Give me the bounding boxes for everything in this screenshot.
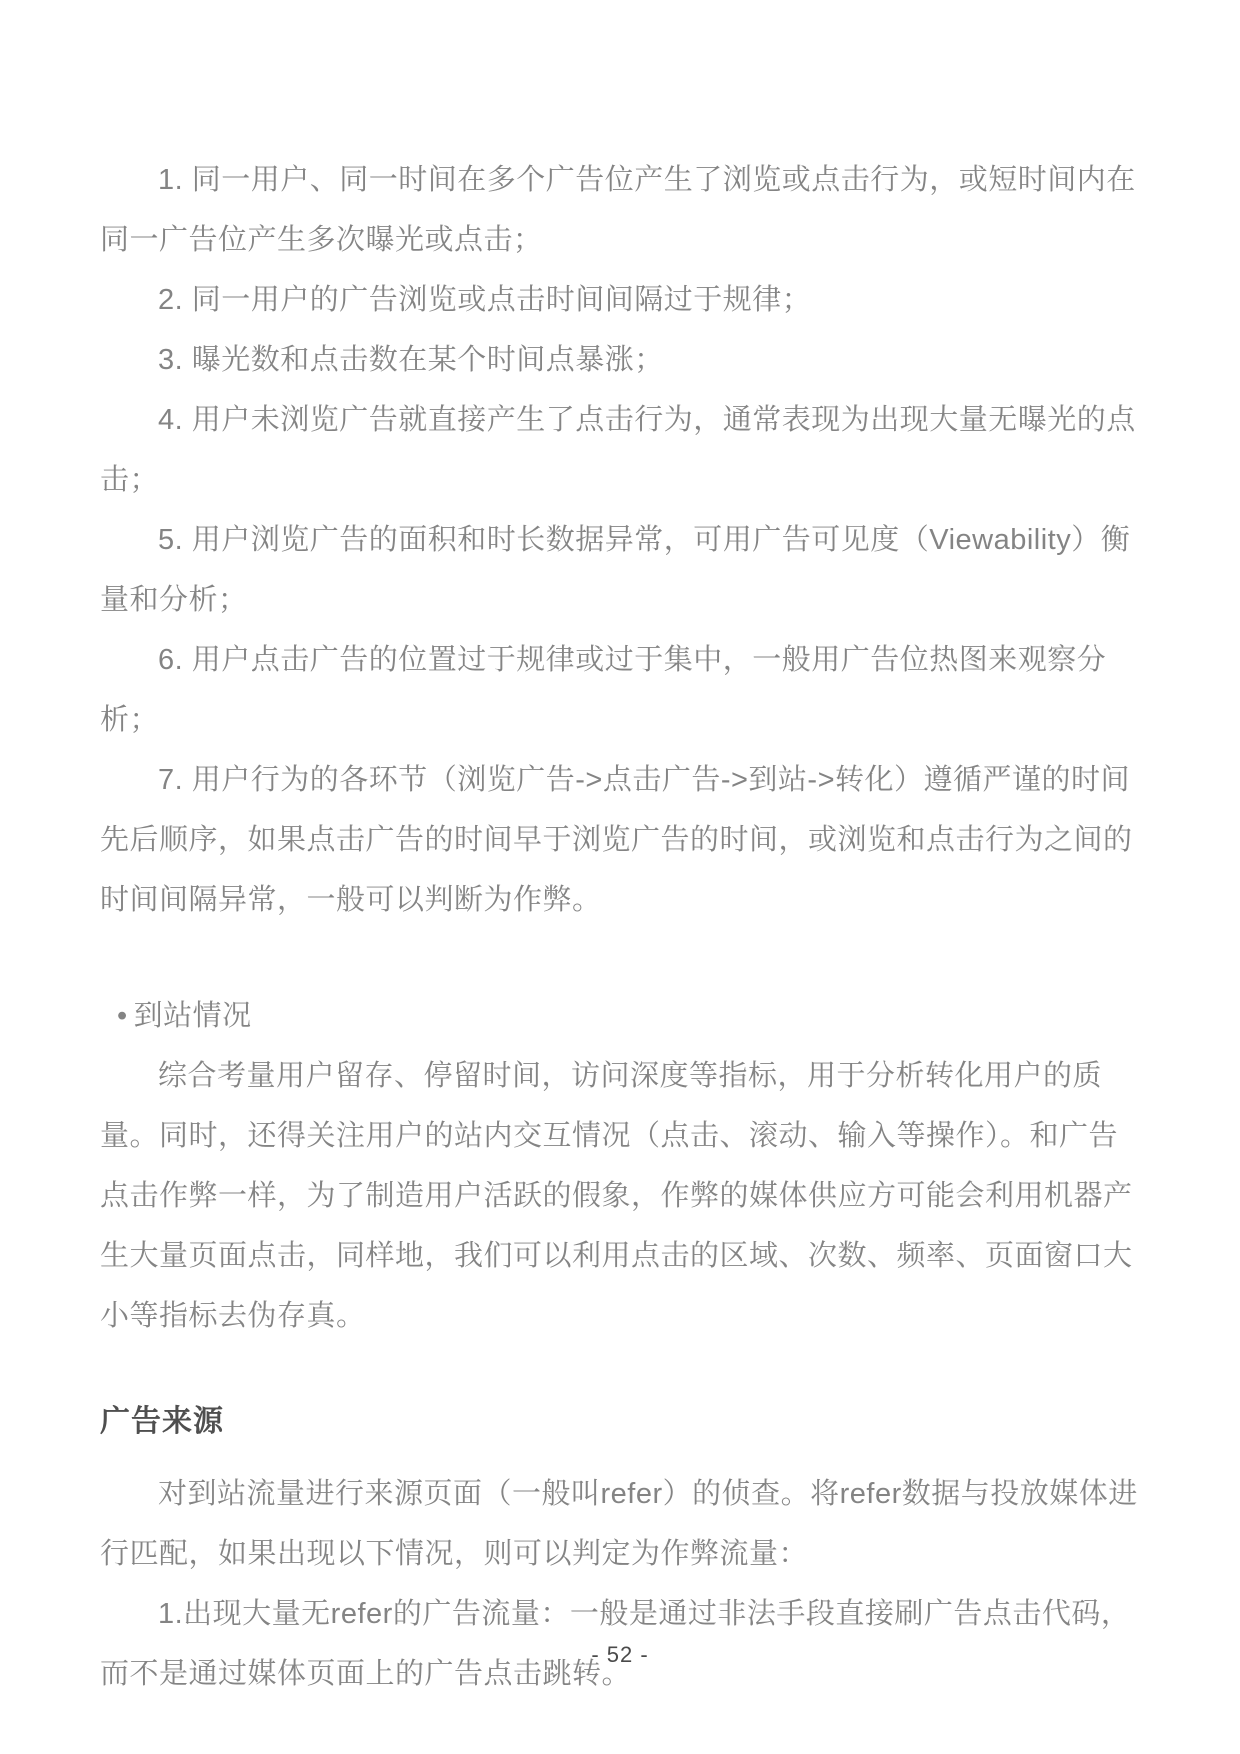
arrival-section-title: •到站情况 <box>100 986 1146 1046</box>
numbered-item-4: 4. 用户未浏览广告就直接产生了点击行为，通常表现为出现大量无曝光的点击； <box>100 390 1146 510</box>
document-page: 1. 同一用户、同一时间在多个广告位产生了浏览或点击行为，或短时间内在同一广告位… <box>0 0 1240 1754</box>
ad-source-heading: 广告来源 <box>100 1392 1146 1452</box>
numbered-item-3: 3. 曝光数和点击数在某个时间点暴涨； <box>100 330 1146 390</box>
numbered-item-1: 1. 同一用户、同一时间在多个广告位产生了浏览或点击行为，或短时间内在同一广告位… <box>100 150 1146 270</box>
numbered-item-6: 6. 用户点击广告的位置过于规律或过于集中，一般用广告位热图来观察分析； <box>100 630 1146 750</box>
bullet-icon: • <box>117 986 128 1046</box>
numbered-item-7: 7. 用户行为的各环节（浏览广告->点击广告->到站->转化）遵循严谨的时间先后… <box>100 750 1146 930</box>
ad-source-paragraph-1: 对到站流量进行来源页面（一般叫refer）的侦查。将refer数据与投放媒体进行… <box>100 1464 1146 1584</box>
arrival-title-label: 到站情况 <box>134 1000 252 1032</box>
arrival-paragraph: 综合考量用户留存、停留时间，访问深度等指标，用于分析转化用户的质量。同时，还得关… <box>100 1046 1146 1346</box>
page-footer: - 52 - <box>0 1642 1240 1668</box>
numbered-item-5: 5. 用户浏览广告的面积和时长数据异常，可用广告可见度（Viewability）… <box>100 510 1146 630</box>
numbered-item-2: 2. 同一用户的广告浏览或点击时间间隔过于规律； <box>100 270 1146 330</box>
page-number: - 52 - <box>591 1642 648 1667</box>
page-content: 1. 同一用户、同一时间在多个广告位产生了浏览或点击行为，或短时间内在同一广告位… <box>100 150 1146 1704</box>
